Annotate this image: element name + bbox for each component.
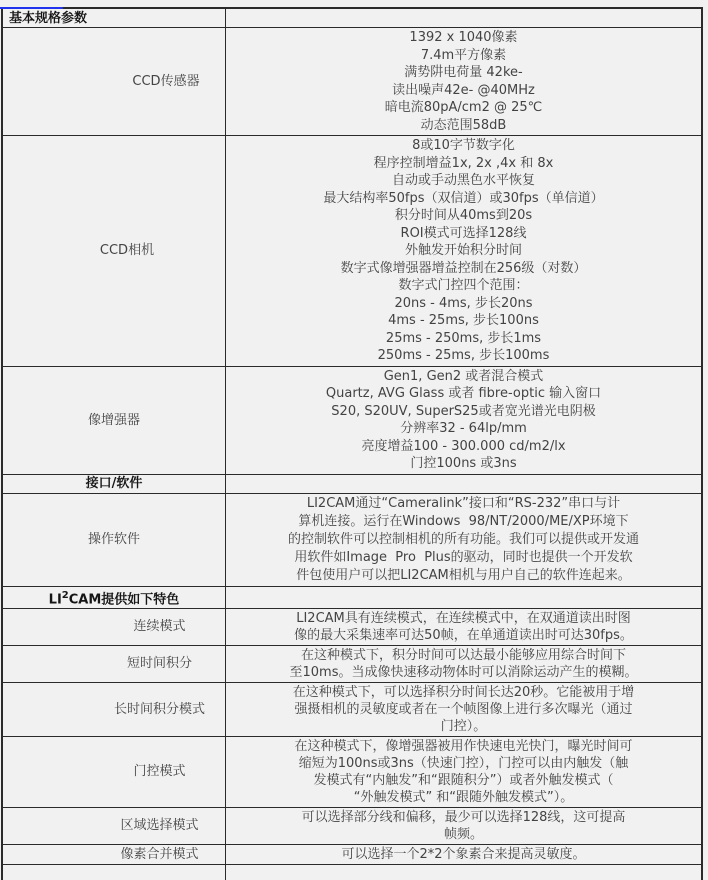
row-label-cell: 门控模式	[2, 736, 226, 807]
link-underline-fragment[interactable]	[0, 7, 63, 9]
value-line: ROI模式可选择128线	[228, 225, 699, 243]
value-line: 在这种模式下，可以选择积分时间长达20秒。它能被用于增	[228, 684, 699, 701]
value-line: LI2CAM通过“Cameralink”接口和“RS-232”串口与计	[228, 495, 699, 513]
table-row: 操作软件 LI2CAM通过“Cameralink”接口和“RS-232”串口与计…	[2, 493, 702, 586]
row-label-cell: 操作软件	[2, 493, 226, 586]
row-label-text: 连续模式	[42, 619, 185, 634]
value-line: 至10ms。当成像快速移动物体时可以消除运动产生的模糊。	[228, 664, 699, 681]
row-value-cell: 在这种模式下，像增强器被用作快速电光快门，曝光时间可缩短为100ns或3ns（快…	[226, 736, 703, 807]
row-value-cell: Gen1, Gen2 或者混合模式Quartz, AVG Glass 或者 fi…	[226, 366, 703, 474]
value-line: 4ms - 25ms, 步长100ns	[228, 312, 699, 330]
row-value-cell: LI2CAM通过“Cameralink”接口和“RS-232”串口与计算机连接。…	[226, 493, 703, 586]
row-value-cell	[226, 8, 703, 28]
table-row: 短时间积分 在这种模式下，积分时间可以达最小能够应用综合时间下至10ms。当成像…	[2, 645, 702, 682]
value-line: 7.4m平方像素	[228, 47, 699, 65]
value-line: 积分时间从40ms到20s	[228, 207, 699, 225]
row-label-text: 接口/软件	[86, 476, 143, 491]
row-value-cell: LI2CAM具有连续模式，在连续模式中，在双通道读出时图像的最大采集速率可达50…	[226, 608, 703, 645]
value-line: 的控制软件可以控制相机的所有功能。我们可以提供或开发通	[228, 531, 699, 549]
row-label-cell: LI2CAM提供如下特色	[2, 586, 226, 608]
value-line: 数字式像增强器增益控制在256级（对数）	[228, 260, 699, 278]
value-line: “外触发模式” 和“跟随外触发模式”）。	[228, 789, 699, 806]
row-value-cell: 8或10字节数字化程序控制增益1x, 2x ,4x 和 8x自动或手动黑色水平恢…	[226, 136, 703, 367]
table-row	[2, 864, 702, 880]
table-row: LI2CAM提供如下特色	[2, 586, 702, 608]
value-line: 可以选择部分线和偏移，最少可以选择128线，这可提高	[228, 809, 699, 826]
value-line: 250ms - 25ms, 步长100ms	[228, 347, 699, 365]
table-row: 区域选择模式 可以选择部分线和偏移，最少可以选择128线，这可提高帧频。	[2, 807, 702, 844]
value-line: 门控100ns 或3ns	[228, 455, 699, 473]
row-label-text: CCD相机	[74, 243, 154, 258]
row-label-superscript: 2	[62, 590, 69, 601]
row-value-cell	[226, 474, 703, 493]
value-line: 门控）。	[228, 718, 699, 735]
value-line: 自动或手动黑色水平恢复	[228, 172, 699, 190]
table-row: 像增强器 Gen1, Gen2 或者混合模式Quartz, AVG Glass …	[2, 366, 702, 474]
row-label-cell: 接口/软件	[2, 474, 226, 493]
value-line: LI2CAM具有连续模式，在连续模式中，在双通道读出时图	[228, 610, 699, 627]
row-label-text: CAM提供如下特色	[69, 592, 180, 607]
row-label-text: 长时间积分模式	[23, 702, 205, 717]
page: 基本规格参数 CCD传感器 1392 x 1040像素7.4m平方像素满势阱电荷…	[0, 7, 708, 880]
row-label-cell: CCD相机	[2, 136, 226, 367]
row-label-cell: 短时间积分	[2, 645, 226, 682]
table-row: 基本规格参数	[2, 8, 702, 28]
row-label-text: CCD传感器	[28, 74, 199, 89]
row-label-cell: 基本规格参数	[2, 8, 226, 28]
value-line: 算机连接。运行在Windows 98/NT/2000/ME/XP环境下	[228, 513, 699, 531]
row-value-cell: 可以选择部分线和偏移，最少可以选择128线，这可提高帧频。	[226, 807, 703, 844]
value-line: 强摄相机的灵敏度或者在一个帧图像上进行多次曝光（通过	[228, 701, 699, 718]
row-value-cell: 1392 x 1040像素7.4m平方像素满势阱电荷量 42ke-读出噪声42e…	[226, 28, 703, 136]
row-label-text: LI	[49, 592, 62, 607]
row-label-cell: 像增强器	[2, 366, 226, 474]
row-label-text: 像增强器	[88, 413, 140, 428]
value-line: 20ns - 4ms, 步长20ns	[228, 295, 699, 313]
row-label-cell: 区域选择模式	[2, 807, 226, 844]
value-line: 1392 x 1040像素	[228, 29, 699, 47]
value-line: 在这种模式下，积分时间可以达最小能够应用综合时间下	[228, 647, 699, 664]
value-line: 帧频。	[228, 826, 699, 843]
value-line: 数字式门控四个范围：	[228, 277, 699, 295]
table-row: 长时间积分模式 在这种模式下，可以选择积分时间长达20秒。它能被用于增强摄相机的…	[2, 682, 702, 736]
row-label-cell: CCD传感器	[2, 28, 226, 136]
row-value-cell: 在这种模式下，可以选择积分时间长达20秒。它能被用于增强摄相机的灵敏度或者在一个…	[226, 682, 703, 736]
value-line: 暗电流80pA/cm2 @ 25℃	[228, 99, 699, 117]
table-row: 像素合并模式 可以选择一个2*2个象素合来提高灵敏度。	[2, 844, 702, 864]
row-label-cell	[2, 864, 226, 880]
value-line: 8或10字节数字化	[228, 137, 699, 155]
value-line: 可以选择一个2*2个象素合来提高灵敏度。	[228, 846, 699, 863]
row-label-cell: 像素合并模式	[2, 844, 226, 864]
value-line: 发模式有“内触发”和“跟随积分”）或者外触发模式（	[228, 772, 699, 789]
value-line: 动态范围58dB	[228, 117, 699, 135]
value-line: 件包使用户可以把LI2CAM相机与用户自己的软件连起来。	[228, 567, 699, 585]
row-label-text: 基本规格参数	[9, 11, 87, 26]
value-line: 分辨率32 - 64lp/mm	[228, 420, 699, 438]
value-line: 满势阱电荷量 42ke-	[228, 64, 699, 82]
row-label-text: 区域选择模式	[29, 818, 198, 833]
value-line: 最大结构率50fps（双信道）或30fps（单信道）	[228, 190, 699, 208]
row-label-cell: 长时间积分模式	[2, 682, 226, 736]
table-row: 接口/软件	[2, 474, 702, 493]
table-row: 门控模式 在这种模式下，像增强器被用作快速电光快门，曝光时间可缩短为100ns或…	[2, 736, 702, 807]
table-row: CCD相机 8或10字节数字化程序控制增益1x, 2x ,4x 和 8x自动或手…	[2, 136, 702, 367]
value-line: 外触发开始积分时间	[228, 242, 699, 260]
value-line: 25ms - 250ms, 步长1ms	[228, 330, 699, 348]
value-line: 缩短为100ns或3ns（快速门控），门控可以由内触发（触	[228, 755, 699, 772]
row-label-text: 门控模式	[42, 764, 185, 779]
value-line: Quartz, AVG Glass 或者 fibre-optic 输入窗口	[228, 385, 699, 403]
row-value-cell	[226, 586, 703, 608]
row-value-cell: 在这种模式下，积分时间可以达最小能够应用综合时间下至10ms。当成像快速移动物体…	[226, 645, 703, 682]
table-row: 连续模式 LI2CAM具有连续模式，在连续模式中，在双通道读出时图像的最大采集速…	[2, 608, 702, 645]
row-label-cell: 连续模式	[2, 608, 226, 645]
value-line: 程序控制增益1x, 2x ,4x 和 8x	[228, 155, 699, 173]
row-value-cell: 可以选择一个2*2个象素合来提高灵敏度。	[226, 844, 703, 864]
value-line: 读出噪声42e- @40MHz	[228, 82, 699, 100]
row-label-text: 短时间积分	[36, 656, 192, 671]
value-line: 像的最大采集速率可达50帧，在单通道读出时可达30fps。	[228, 627, 699, 644]
value-line: Gen1, Gen2 或者混合模式	[228, 368, 699, 386]
value-line: 亮度增益100 - 300.000 cd/m2/lx	[228, 438, 699, 456]
value-line: 用软件如Image Pro Plus的驱动，同时也提供一个开发软	[228, 549, 699, 567]
table-row: CCD传感器 1392 x 1040像素7.4m平方像素满势阱电荷量 42ke-…	[2, 28, 702, 136]
row-value-cell	[226, 864, 703, 880]
spec-table-body: 基本规格参数 CCD传感器 1392 x 1040像素7.4m平方像素满势阱电荷…	[2, 8, 702, 880]
row-label-text: 操作软件	[88, 532, 140, 547]
value-line: 在这种模式下，像增强器被用作快速电光快门，曝光时间可	[228, 738, 699, 755]
spec-table: 基本规格参数 CCD传感器 1392 x 1040像素7.4m平方像素满势阱电荷…	[1, 7, 703, 880]
value-line: S20, S20UV, SuperS25或者宽光谱光电阴极	[228, 403, 699, 421]
row-label-text: 像素合并模式	[29, 847, 198, 862]
